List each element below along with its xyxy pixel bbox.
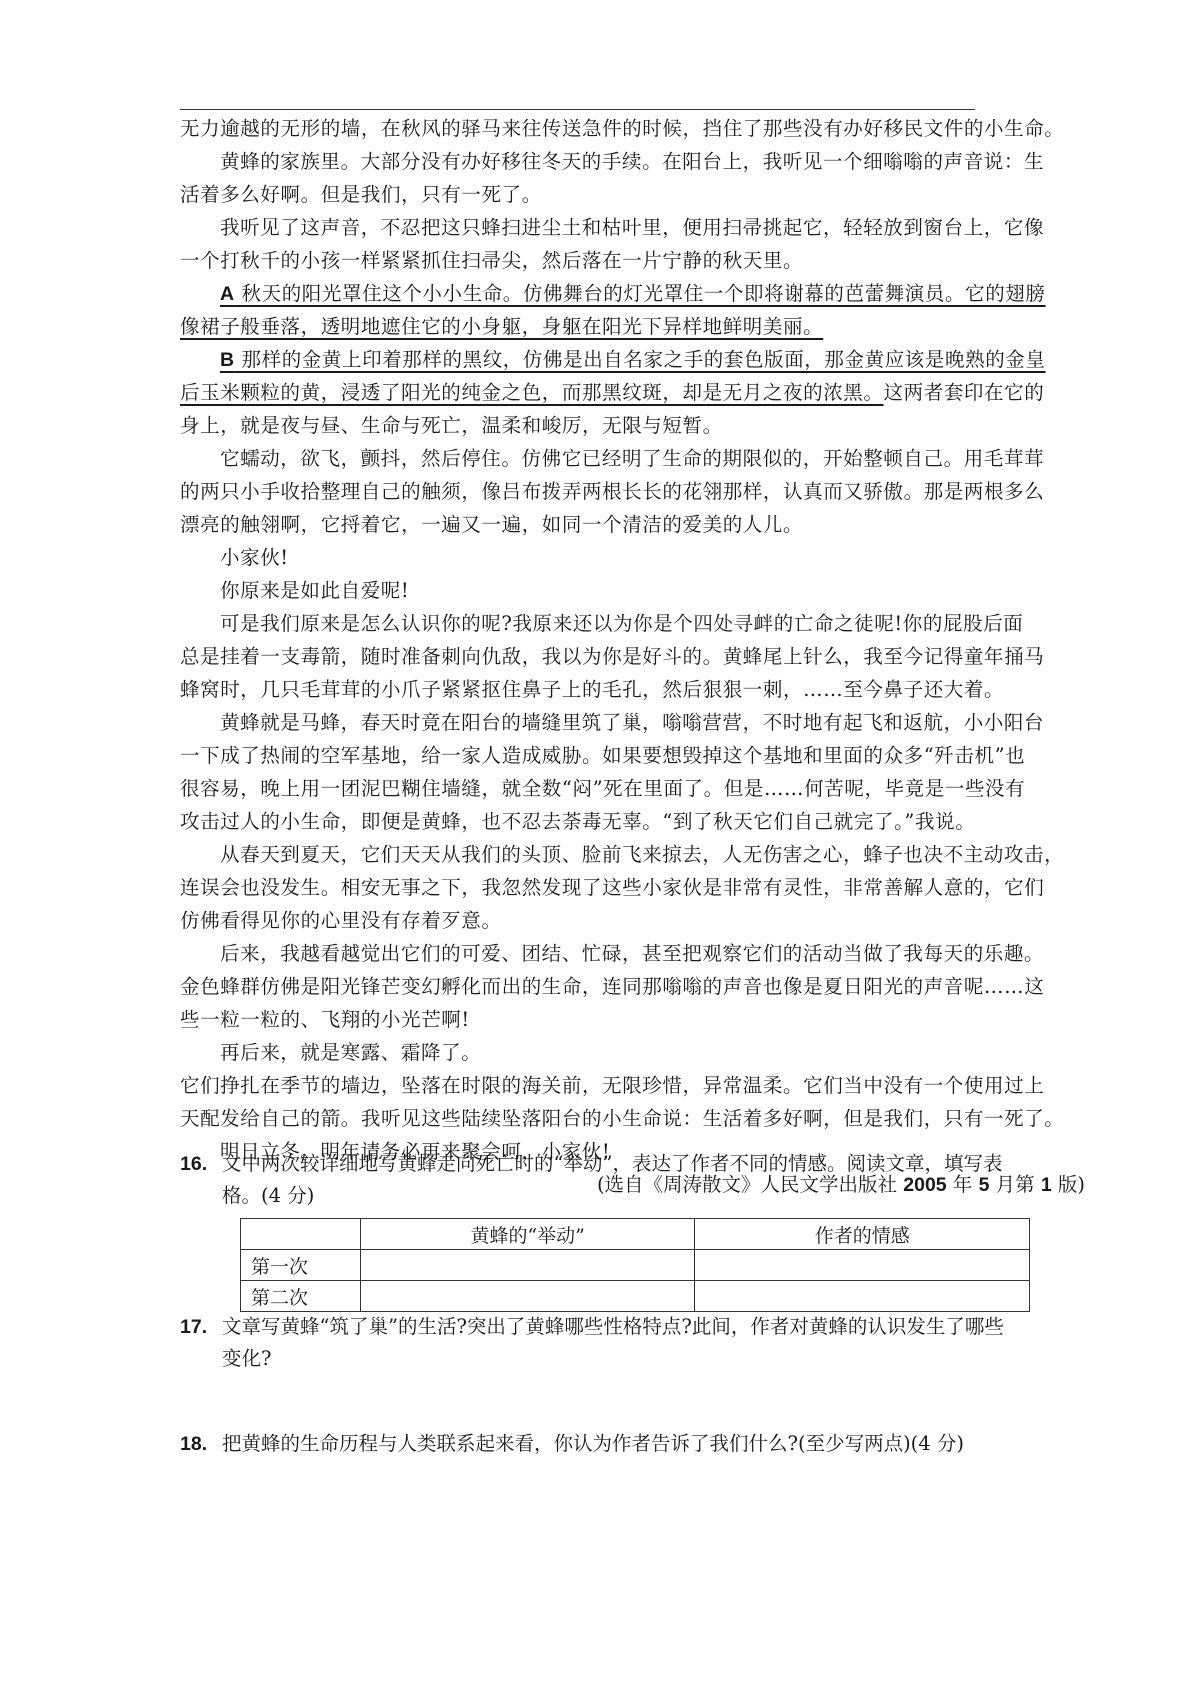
paragraph-b-line1: B 那样的金黄上印着那样的黑纹，仿佛是出自名家之手的套色版面，那金黄应该是晚熟的… [180,343,1085,376]
question-16-cont: 格。(4 分) [180,1180,1085,1212]
passage-line: 蜂窝时，几只毛茸茸的小爪子紧紧抠住鼻子上的毛孔，然后狠狠一刺，……至今鼻子还大着… [180,673,1085,706]
table-header-row: 黄蜂的“举动” 作者的情感 [241,1219,1030,1250]
paragraph-b-text: 那样的金黄上印着那样的黑纹，仿佛是出自名家之手的套色版面，那金黄应该是晚熟的金皇 [242,348,1046,371]
paragraph-a-text: 像裙子般垂落，透明地遮住它的小身躯，身躯在阳光下异样地鲜明美丽。 [180,315,823,338]
passage-line: 再后来，就是寒露、霜降了。 [180,1036,1085,1069]
passage-line: 它蠕动，欲飞，颤抖，然后停住。仿佛它已经明了生命的期限似的，开始整顿自己。用毛茸… [180,442,1085,475]
passage-line: 总是挂着一支毒箭，随时准备刺向仇敌，我以为你是好斗的。黄蜂尾上针么，我至今记得童… [180,640,1085,673]
passage-line: 仿佛看得见你的心里没有存着歹意。 [180,904,1085,937]
paragraph-b-tag: B [220,349,235,371]
passage-line: 可是我们原来是怎么认识你的呢?我原来还以为你是个四处寻衅的亡命之徒呢!你的屁股后… [180,607,1085,640]
questions: 16.文中两次较详细地写黄蜂走向死亡时的“举动”，表达了作者不同的情感。阅读文章… [180,1148,1085,1212]
paragraph-a-text: 秋天的阳光罩住这个小小生命。仿佛舞台的灯光罩住一个即将谢幕的芭蕾舞演员。它的翅膀 [242,282,1046,305]
questions-lower: 17.文章写黄蜂“筑了巢”的生活?突出了黄蜂哪些性格特点?此间，作者对黄蜂的认识… [180,1311,1085,1375]
paragraph-b-text: 后玉米颗粒的黄，浸透了阳光的纯金之色，而那黑纹斑，却是无月之夜的浓黑。 [180,381,884,404]
row-label: 第一次 [241,1250,361,1281]
question-17-cont: 变化? [180,1343,1085,1375]
answer-table: 黄蜂的“举动” 作者的情感 第一次 第二次 [240,1218,1030,1312]
answer-cell[interactable] [360,1250,695,1281]
passage-line: 漂亮的触翎啊，它捋着它，一遍又一遍，如同一个清洁的爱美的人儿。 [180,508,1085,541]
passage-line: 的两只小手收拾整理自己的触须，像吕布拨弄两根长长的花翎那样，认真而又骄傲。那是两… [180,475,1085,508]
passage-line: 金色蜂群仿佛是阳光锋芒变幻孵化而出的生命，连同那嗡嗡的声音也像是夏日阳光的声音呢… [180,970,1085,1003]
top-rule [180,109,975,110]
passage-line: 它们挣扎在季节的墙边，坠落在时限的海关前，无限珍惜，异常温柔。它们当中没有一个使… [180,1069,1085,1102]
table-row: 第二次 [241,1281,1030,1312]
table-row: 第一次 [241,1250,1030,1281]
question-18: 18.把黄蜂的生命历程与人类联系起来看，你认为作者告诉了我们什么?(至少写两点)… [180,1428,1085,1460]
question-number: 18. [180,1428,222,1460]
passage-line: 从春天到夏天，它们天天从我们的头顶、脸前飞来掠去，人无伤害之心，蜂子也决不主动攻… [180,838,1085,871]
answer-cell[interactable] [695,1250,1030,1281]
passage-line: 些一粒一粒的、飞翔的小光芒啊! [180,1003,1085,1036]
paragraph-b-line2: 后玉米颗粒的黄，浸透了阳光的纯金之色，而那黑纹斑，却是无月之夜的浓黑。这两者套印… [180,376,1085,409]
passage-line: 我听见了这声音，不忍把这只蜂扫进尘土和枯叶里，便用扫帚挑起它，轻轻放到窗台上，它… [180,211,1085,244]
table-header-cell: 黄蜂的“举动” [360,1219,695,1250]
answer-cell[interactable] [695,1281,1030,1312]
paragraph-a-tag: A [220,283,235,305]
question-text: 把黄蜂的生命历程与人类联系起来看，你认为作者告诉了我们什么?(至少写两点)(4 … [222,1432,964,1455]
table-header-cell [241,1219,361,1250]
paragraph-a-line1: A 秋天的阳光罩住这个小小生命。仿佛舞台的灯光罩住一个即将谢幕的芭蕾舞演员。它的… [180,277,1085,310]
passage-line: 攻击过人的小生命，即便是黄蜂，也不忍去荼毒无辜。“到了秋天它们自己就完了。”我说… [180,805,1085,838]
passage-line: 身上，就是夜与昼、生命与死亡，温柔和峻厉，无限与短暂。 [180,409,1085,442]
passage-line: 黄蜂的家族里。大部分没有办好移往冬天的手续。在阳台上，我听见一个细嗡嗡的声音说：… [180,145,1085,178]
paragraph-a-line2: 像裙子般垂落，透明地遮住它的小身躯，身躯在阳光下异样地鲜明美丽。 [180,310,1085,343]
passage-line: 你原来是如此自爱呢! [180,574,1085,607]
question-16: 16.文中两次较详细地写黄蜂走向死亡时的“举动”，表达了作者不同的情感。阅读文章… [180,1148,1085,1180]
passage-line: 无力逾越的无形的墙，在秋风的驿马来往传送急件的时候，挡住了那些没有办好移民文件的… [180,112,1085,145]
paragraph-b-text-rest: 这两者套印在它的 [884,381,1045,404]
passage-line: 连误会也没发生。相安无事之下，我忽然发现了这些小家伙是非常有灵性，非常善解人意的… [180,871,1085,904]
passage-line: 小家伙! [180,541,1085,574]
passage: 无力逾越的无形的墙，在秋风的驿马来往传送急件的时候，挡住了那些没有办好移民文件的… [180,112,1085,1201]
passage-line: 后来，我越看越觉出它们的可爱、团结、忙碌，甚至把观察它们的活动当做了我每天的乐趣… [180,937,1085,970]
passage-line: 天配发给自己的箭。我听见这些陆续坠落阳台的小生命说：生活着多好啊，但是我们，只有… [180,1102,1085,1135]
passage-line: 一下成了热闹的空军基地，给一家人造成威胁。如果要想毁掉这个基地和里面的众多“歼击… [180,739,1085,772]
question-number: 17. [180,1311,222,1343]
answer-cell[interactable] [360,1281,695,1312]
question-number: 16. [180,1148,222,1180]
questions-last: 18.把黄蜂的生命历程与人类联系起来看，你认为作者告诉了我们什么?(至少写两点)… [180,1428,1085,1460]
passage-line: 活着多么好啊。但是我们，只有一死了。 [180,178,1085,211]
passage-line: 很容易，晚上用一团泥巴糊住墙缝，就全数“闷”死在里面了。但是……何苦呢，毕竟是一… [180,772,1085,805]
passage-line: 黄蜂就是马蜂，春天时竟在阳台的墙缝里筑了巢，嗡嗡营营，不时地有起飞和返航，小小阳… [180,706,1085,739]
row-label: 第二次 [241,1281,361,1312]
question-17: 17.文章写黄蜂“筑了巢”的生活?突出了黄蜂哪些性格特点?此间，作者对黄蜂的认识… [180,1311,1085,1343]
question-text: 文章写黄蜂“筑了巢”的生活?突出了黄蜂哪些性格特点?此间，作者对黄蜂的认识发生了… [222,1315,1004,1338]
question-text: 文中两次较详细地写黄蜂走向死亡时的“举动”，表达了作者不同的情感。阅读文章，填写… [222,1152,1002,1175]
table-header-cell: 作者的情感 [695,1219,1030,1250]
passage-line: 一个打秋千的小孩一样紧紧抓住扫帚尖，然后落在一片宁静的秋天里。 [180,244,1085,277]
